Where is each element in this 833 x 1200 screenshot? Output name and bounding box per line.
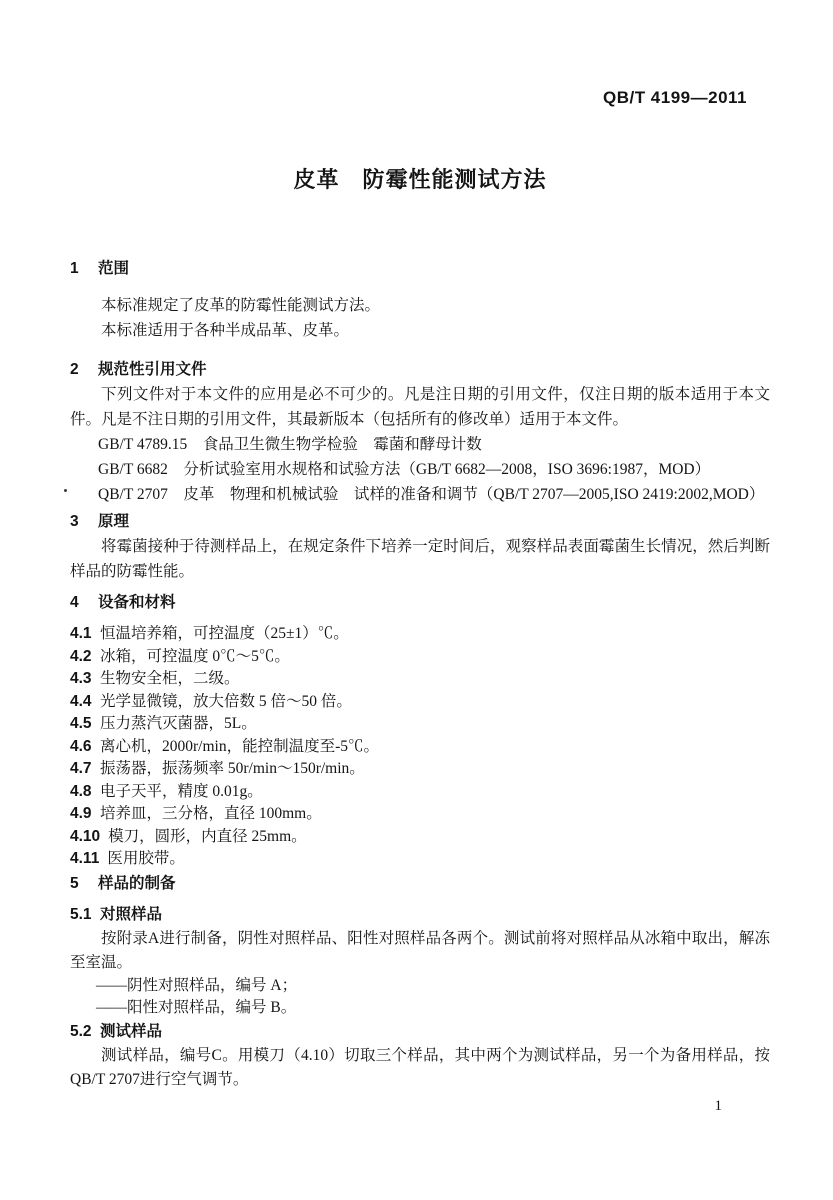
clause-number: 4.5 <box>70 713 100 736</box>
reference-item: QB/T 2707 皮革 物理和机械试验 试样的准备和调节（QB/T 2707—… <box>70 482 770 507</box>
subsection-5-1-title: 对照样品 <box>100 906 162 923</box>
clause-text: 模刀，圆形，内直径 25mm。 <box>108 828 307 845</box>
section-3-heading: 3原理 <box>70 509 770 534</box>
section-1-paragraph: 本标准适用于各种半成品革、皮革。 <box>70 318 770 343</box>
document-page: QB/T 4199—2011 皮革 防霉性能测试方法 1范围 本标准规定了皮革的… <box>0 0 833 1200</box>
section-1-title: 范围 <box>98 260 129 277</box>
equipment-item: 4.11医用胶带。 <box>70 848 770 871</box>
section-5-number: 5 <box>70 871 84 896</box>
equipment-item: 4.4光学显微镜，放大倍数 5 倍～50 倍。 <box>70 691 770 714</box>
clause-number: 4.10 <box>70 826 108 849</box>
equipment-item: 4.7振荡器，振荡频率 50r/min～150r/min。 <box>70 758 770 781</box>
section-2-number: 2 <box>70 357 84 382</box>
clause-text: 生物安全柜，二级。 <box>100 670 240 687</box>
equipment-item: 4.6离心机，2000r/min，能控制温度至-5℃。 <box>70 736 770 759</box>
page-number: 1 <box>715 1096 723 1116</box>
document-title: 皮革 防霉性能测试方法 <box>70 164 770 196</box>
section-1-body: 本标准规定了皮革的防霉性能测试方法。 本标准适用于各种半成品革、皮革。 <box>70 293 770 343</box>
section-2-paragraph: 下列文件对于本文件的应用是必不可少的。凡是注日期的引用文件，仅注日期的版本适用于… <box>70 382 770 432</box>
section-4-heading: 4设备和材料 <box>70 590 770 615</box>
equipment-list: 4.1恒温培养箱，可控温度（25±1）℃。 4.2冰箱，可控温度 0℃～5℃。 … <box>70 623 770 871</box>
equipment-item: 4.8电子天平，精度 0.01g。 <box>70 781 770 804</box>
subsection-5-2-heading: 5.2测试样品 <box>70 1019 770 1044</box>
section-1-heading: 1范围 <box>70 256 770 281</box>
section-3-title: 原理 <box>98 513 129 530</box>
reference-item: GB/T 4789.15 食品卫生微生物学检验 霉菌和酵母计数 <box>70 432 770 457</box>
section-1-paragraph: 本标准规定了皮革的防霉性能测试方法。 <box>70 293 770 318</box>
section-4-number: 4 <box>70 590 84 615</box>
clause-number: 4.3 <box>70 668 100 691</box>
clause-text: 医用胶带。 <box>107 850 185 867</box>
equipment-item: 4.9培养皿，三分格，直径 100mm。 <box>70 803 770 826</box>
clause-number: 5.1 <box>70 902 100 927</box>
section-2-heading: 2规范性引用文件 <box>70 357 770 382</box>
section-5-heading: 5样品的制备 <box>70 871 770 896</box>
scan-artifact-dot <box>64 489 67 492</box>
normative-references-list: GB/T 4789.15 食品卫生微生物学检验 霉菌和酵母计数 GB/T 668… <box>70 432 770 507</box>
clause-number: 4.8 <box>70 781 100 804</box>
section-1-number: 1 <box>70 256 84 281</box>
list-item: ——阴性对照样品，编号 A； <box>70 975 770 997</box>
equipment-item: 4.3生物安全柜，二级。 <box>70 668 770 691</box>
clause-text: 压力蒸汽灭菌器，5L。 <box>100 715 257 732</box>
clause-number: 4.9 <box>70 803 100 826</box>
standard-code: QB/T 4199—2011 <box>70 88 770 108</box>
clause-text: 离心机，2000r/min，能控制温度至-5℃。 <box>100 738 379 755</box>
clause-number: 4.2 <box>70 646 100 669</box>
clause-text: 培养皿，三分格，直径 100mm。 <box>100 805 322 822</box>
clause-text: 光学显微镜，放大倍数 5 倍～50 倍。 <box>100 693 352 710</box>
list-item: ——阳性对照样品，编号 B。 <box>70 997 770 1019</box>
equipment-item: 4.5压力蒸汽灭菌器，5L。 <box>70 713 770 736</box>
clause-text: 冰箱，可控温度 0℃～5℃。 <box>100 648 290 665</box>
section-4-title: 设备和材料 <box>98 594 176 611</box>
control-sample-list: ——阴性对照样品，编号 A； ——阳性对照样品，编号 B。 <box>70 975 770 1019</box>
subsection-5-1-paragraph: 按附录A进行制备，阴性对照样品、阳性对照样品各两个。测试前将对照样品从冰箱中取出… <box>70 927 770 975</box>
subsection-5-2-paragraph: 测试样品，编号C。用模刀（4.10）切取三个样品，其中两个为测试样品，另一个为备… <box>70 1044 770 1092</box>
equipment-item: 4.2冰箱，可控温度 0℃～5℃。 <box>70 646 770 669</box>
clause-number: 4.6 <box>70 736 100 759</box>
clause-number: 4.7 <box>70 758 100 781</box>
reference-item: GB/T 6682 分析试验室用水规格和试验方法（GB/T 6682—2008，… <box>70 457 770 482</box>
clause-number: 4.11 <box>70 848 107 871</box>
section-5-title: 样品的制备 <box>98 875 176 892</box>
section-2-title: 规范性引用文件 <box>98 361 207 378</box>
clause-text: 恒温培养箱，可控温度（25±1）℃。 <box>100 625 349 642</box>
clause-text: 振荡器，振荡频率 50r/min～150r/min。 <box>100 760 365 777</box>
equipment-item: 4.10模刀，圆形，内直径 25mm。 <box>70 826 770 849</box>
subsection-5-2-title: 测试样品 <box>100 1023 162 1040</box>
section-3-number: 3 <box>70 509 84 534</box>
clause-number: 4.1 <box>70 623 100 646</box>
section-3-paragraph: 将霉菌接种于待测样品上，在规定条件下培养一定时间后，观察样品表面霉菌生长情况，然… <box>70 534 770 584</box>
subsection-5-1-heading: 5.1对照样品 <box>70 902 770 927</box>
clause-number: 4.4 <box>70 691 100 714</box>
clause-number: 5.2 <box>70 1019 100 1044</box>
equipment-item: 4.1恒温培养箱，可控温度（25±1）℃。 <box>70 623 770 646</box>
clause-text: 电子天平，精度 0.01g。 <box>100 783 263 800</box>
